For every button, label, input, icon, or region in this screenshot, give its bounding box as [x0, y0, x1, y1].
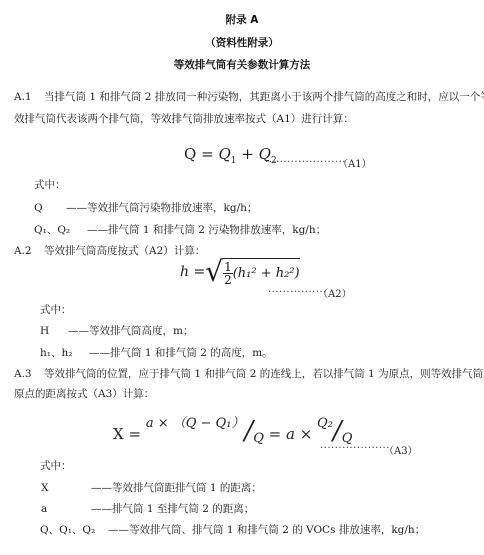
- formula-symbol: Q: [184, 145, 196, 163]
- definition-dash: ——: [66, 202, 87, 214]
- definition-symbol: X: [41, 482, 91, 494]
- equation-number-a2: （A2）: [318, 285, 352, 300]
- fraction-denominator: 2: [223, 274, 233, 286]
- definition-row: H——等效排气筒高度，m；: [40, 323, 193, 338]
- formula-numerator: Q₂: [317, 416, 333, 431]
- definition-symbol: Q、Q₁、Q₂: [40, 522, 108, 537]
- formula-symbol: h: [180, 264, 189, 280]
- leader-dots: ......................: [265, 154, 346, 165]
- where-label: 式中：: [40, 458, 72, 473]
- section-a1-line1: A.1当排气筒 1 和排气筒 2 排放同一种污染物，其距离小于该两个排气筒的高度…: [14, 89, 484, 104]
- fraction-slash: /: [244, 416, 253, 446]
- definition-symbol: Q₁、Q₂: [34, 222, 87, 237]
- definition-text: 等效排气筒、排气筒 1 和排气筒 2 的 VOCs 排放速率，kg/h；: [129, 524, 425, 536]
- formula-operator: =: [193, 264, 205, 280]
- formula-operator: = a ×: [269, 425, 313, 443]
- section-a3-line2: 原点的距离按式（A3）计算：: [14, 386, 154, 401]
- definition-dash: ——: [87, 224, 108, 236]
- formula-a1: Q = Q1 + Q2: [184, 145, 277, 166]
- section-a2-line1: A.2等效排气筒高度按式（A2）计算：: [14, 243, 205, 258]
- appendix-nature: （资料性附录）: [0, 35, 484, 50]
- where-label: 式中：: [40, 302, 72, 317]
- definition-row: a——排气筒 1 至排气筒 2 的距离；: [41, 501, 254, 516]
- definition-row: X——等效排气筒距排气筒 1 的距离；: [41, 480, 262, 495]
- fraction: 12: [223, 261, 233, 286]
- appendix-title: 等效排气筒有关参数计算方法: [0, 57, 484, 72]
- section-a3-line1: A.3等效排气筒的位置，应于排气筒 1 和排气筒 2 的连线上，若以排气筒 1 …: [14, 366, 484, 381]
- appendix-heading: 附录 A: [0, 12, 484, 27]
- formula-numerator: a × （Q − Q₁）: [146, 416, 245, 431]
- definition-dash: ——: [91, 503, 112, 515]
- section-number: A.3: [14, 368, 44, 380]
- definition-text: 排气筒 1 和排气筒 2 的高度，m。: [110, 347, 273, 359]
- paragraph-text: 等效排气筒的位置，应于排气筒 1 和排气筒 2 的连线上，若以排气筒 1 为原点…: [44, 368, 484, 380]
- formula-symbol: Q: [218, 145, 230, 163]
- formula-subscript: 1: [231, 156, 237, 166]
- definition-text: 排气筒 1 至排气筒 2 的距离；: [112, 503, 254, 515]
- formula-denominator: Q: [253, 431, 264, 446]
- section-a1-line2: 效排气筒代表该两个排气筒，等效排气筒排放速率按式（A1）进行计算：: [14, 111, 354, 126]
- definition-row: Q₁、Q₂——排气筒 1 和排气筒 2 污染物排放速率，kg/h；: [34, 222, 326, 237]
- section-number: A.1: [14, 91, 44, 103]
- square-root: √12(h₁² + h₂²): [205, 258, 299, 286]
- definition-dash: ——: [108, 524, 129, 536]
- definition-symbol: Q: [34, 202, 66, 214]
- leader-dots: ...................: [320, 440, 390, 451]
- radicand: 12(h₁² + h₂²): [223, 258, 300, 286]
- definition-text: 等效排气筒高度，m；: [89, 325, 193, 337]
- radical-sign: √: [205, 255, 223, 288]
- paragraph-text: 等效排气筒高度按式（A2）计算：: [44, 245, 205, 257]
- definition-dash: ——: [68, 325, 89, 337]
- definition-row: Q、Q₁、Q₂——等效排气筒、排气筒 1 和排气筒 2 的 VOCs 排放速率，…: [40, 522, 425, 537]
- definition-symbol: H: [40, 325, 68, 337]
- formula-a2: h =√12(h₁² + h₂²): [180, 258, 300, 286]
- definition-text: 排气筒 1 和排气筒 2 污染物排放速率，kg/h；: [108, 224, 326, 236]
- definition-text: 等效排气筒污染物排放速率，kg/h；: [87, 202, 257, 214]
- definition-text: 等效排气筒距排气筒 1 的距离；: [112, 482, 262, 494]
- radicand-expression: (h₁² + h₂²): [233, 266, 300, 281]
- definition-symbol: h₁、h₂: [40, 345, 89, 360]
- paragraph-text: 当排气筒 1 和排气筒 2 排放同一种污染物，其距离小于该两个排气筒的高度之和时…: [44, 91, 484, 103]
- equation-number-a1: （A1）: [338, 155, 372, 170]
- where-label: 式中：: [34, 177, 66, 192]
- definition-dash: ——: [89, 347, 110, 359]
- equation-number-a3: （A3）: [384, 442, 418, 457]
- definition-symbol: a: [41, 503, 91, 515]
- formula-operator: =: [128, 425, 141, 443]
- definition-dash: ——: [91, 482, 112, 494]
- definition-row: h₁、h₂——排气筒 1 和排气筒 2 的高度，m。: [40, 345, 273, 360]
- formula-operator: =: [201, 145, 214, 163]
- formula-a3: X = a × （Q − Q₁）/Q = a × Q₂/Q: [113, 418, 352, 444]
- formula-symbol: X: [113, 425, 124, 443]
- definition-row: Q——等效排气筒污染物排放速率，kg/h；: [34, 200, 257, 215]
- formula-operator: +: [241, 145, 254, 163]
- section-number: A.2: [14, 245, 44, 257]
